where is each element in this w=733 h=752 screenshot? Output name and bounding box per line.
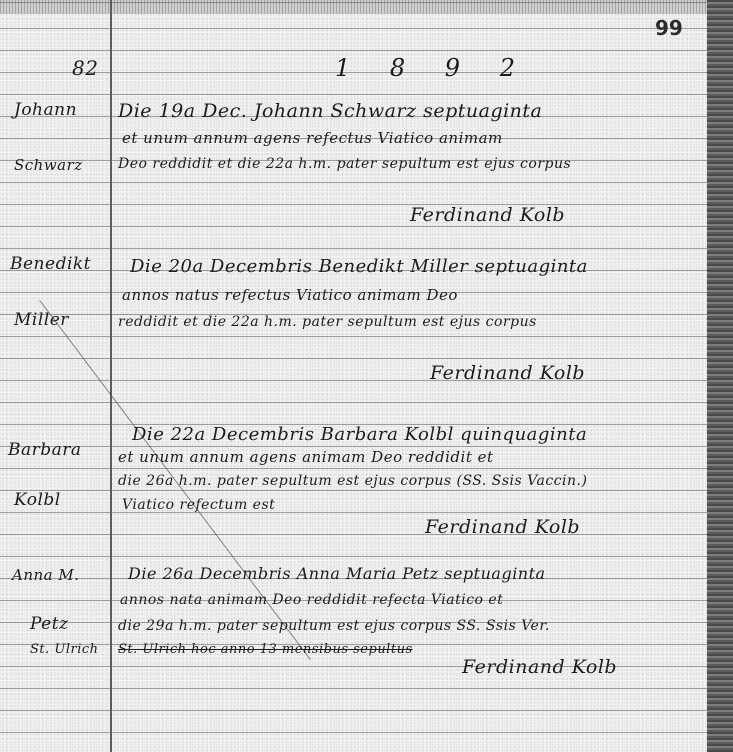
priest-signature: Ferdinand Kolb	[425, 516, 580, 538]
entry-line: annos nata animam Deo reddidit refecta V…	[120, 592, 503, 608]
entry-line: Die 20a Decembris Benedikt Miller septua…	[130, 256, 588, 277]
entry-line: reddidit et die 22a h.m. pater sepultum …	[118, 314, 537, 330]
margin-name: Schwarz	[14, 156, 83, 174]
entry-line: et unum annum agens refectus Viatico ani…	[122, 129, 503, 147]
entry-line: St. Ulrich hoc anno 13 mensibus sepultus	[118, 642, 413, 657]
book-binding-edge	[707, 0, 733, 752]
entry-line: Die 19a Dec. Johann Schwarz septuaginta	[118, 100, 542, 122]
margin-column-divider	[110, 0, 112, 752]
entry-line: Die 26a Decembris Anna Maria Petz septua…	[128, 564, 546, 583]
entry-line: Viatico refectum est	[122, 497, 275, 513]
entry-line: annos natus refectus Viatico animam Deo	[122, 286, 458, 304]
margin-name: Benedikt	[10, 254, 91, 274]
margin-name: Miller	[14, 310, 69, 330]
margin-name: Barbara	[8, 440, 82, 460]
margin-name: St. Ulrich	[30, 642, 99, 657]
priest-signature: Ferdinand Kolb	[430, 362, 585, 384]
entry-line: die 26a h.m. pater sepultum est ejus cor…	[118, 473, 587, 489]
entry-line: et unum annum agens animam Deo reddidit …	[118, 448, 494, 466]
entry-number: 82	[72, 56, 98, 80]
entry-line: Deo reddidit et die 22a h.m. pater sepul…	[118, 156, 571, 172]
margin-name: Petz	[30, 614, 69, 634]
margin-name: Kolbl	[14, 490, 61, 510]
priest-signature: Ferdinand Kolb	[462, 656, 617, 678]
priest-signature: Ferdinand Kolb	[410, 204, 565, 226]
page-number: 99	[655, 16, 683, 40]
register-year: 1 8 9 2	[335, 54, 531, 82]
entry-line: die 29a h.m. pater sepultum est ejus cor…	[118, 618, 550, 634]
margin-name: Anna M.	[12, 566, 80, 584]
entry-line: Die 22a Decembris Barbara Kolbl quinquag…	[132, 424, 587, 445]
register-page: 99 82 1 8 9 2 Johann Schwarz Die 19a Dec…	[0, 0, 733, 752]
margin-name: Johann	[14, 100, 77, 120]
